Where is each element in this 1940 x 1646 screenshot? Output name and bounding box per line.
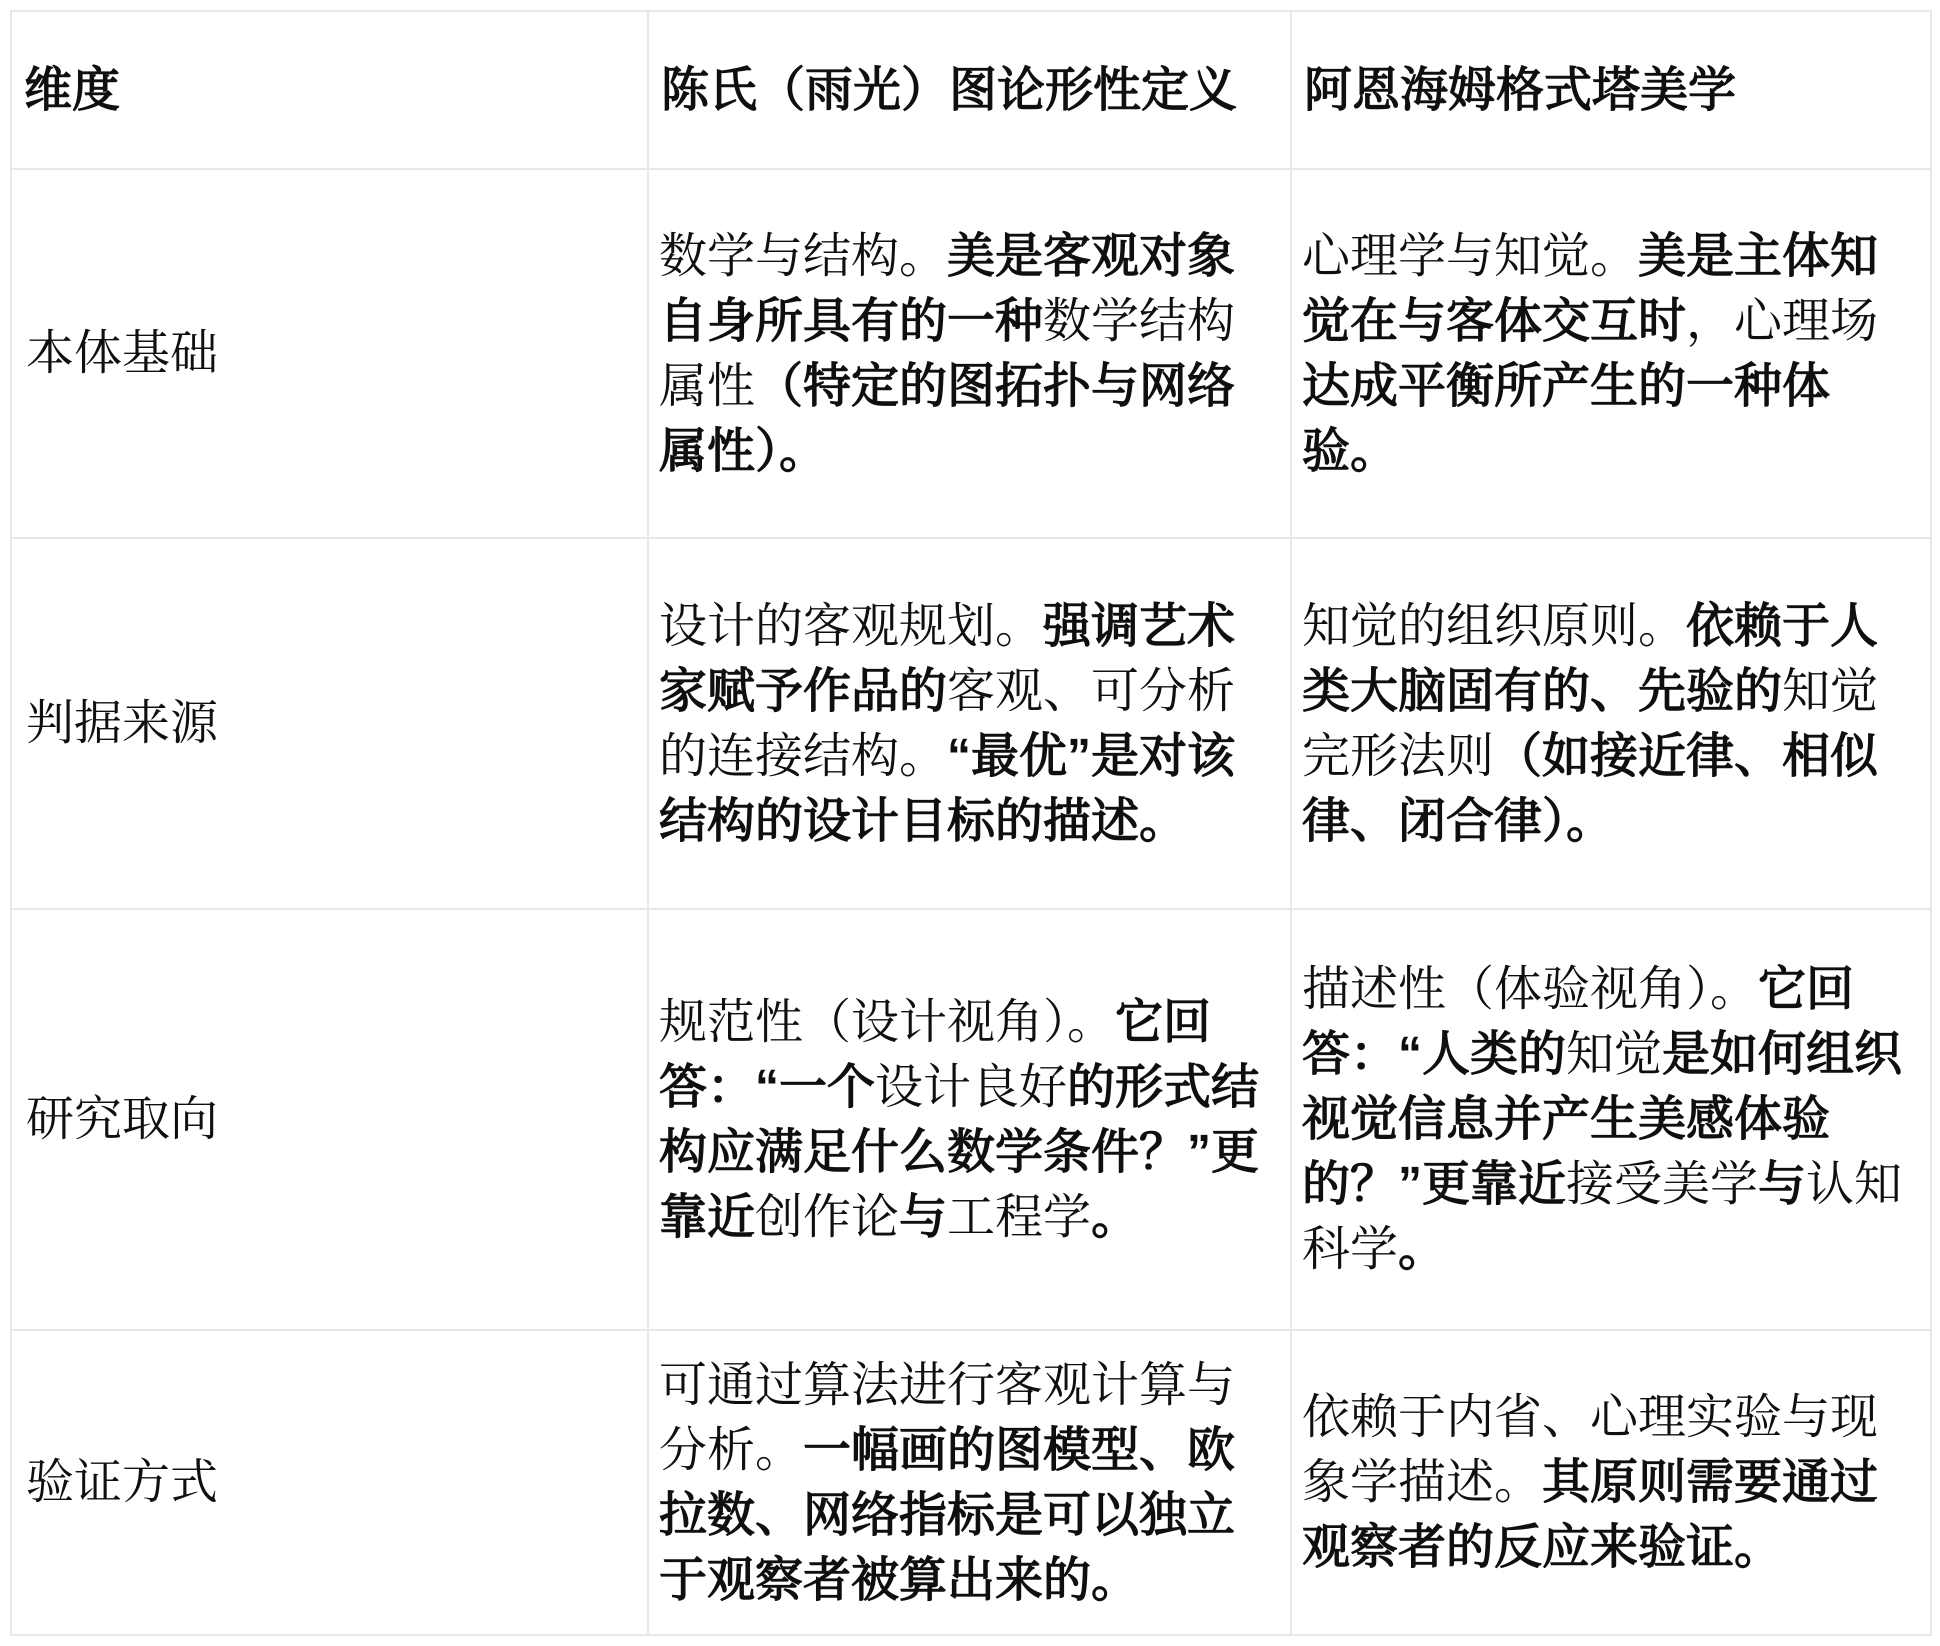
text-segment: 与 [899,1191,947,1244]
cell-arnheim-aesthetics: 心理学与知觉。美是主体知觉在与客体交互时，心理场达成平衡所产生的一种体验。 [1291,169,1931,538]
header-row: 维度 陈氏（雨光）图论形性定义 阿恩海姆格式塔美学 [11,11,1931,169]
row-label: 判据来源 [11,538,648,909]
cell-arnheim-aesthetics: 描述性（体验视角）。它回答：“人类的知觉是如何组织视觉信息并产生美感体验的？”更… [1291,909,1931,1330]
cell-chen-definition: 规范性（设计视角）。它回答：“一个设计良好的形式结构应满足什么数学条件？”更靠近… [648,909,1291,1330]
cell-arnheim-aesthetics: 依赖于内省、心理实验与现象学描述。其原则需要通过观察者的反应来验证。 [1291,1330,1931,1635]
text-segment: 设计的客观规划。 [659,600,1043,653]
text-segment: 创作论 [755,1191,899,1244]
row-label: 本体基础 [11,169,648,538]
comparison-table: 维度 陈氏（雨光）图论形性定义 阿恩海姆格式塔美学 本体基础数学与结构。美是客观… [10,10,1932,1636]
page: 维度 陈氏（雨光）图论形性定义 阿恩海姆格式塔美学 本体基础数学与结构。美是客观… [0,0,1940,1646]
text-segment: 规范性（设计视角）。 [659,996,1115,1049]
text-segment: 数学与结构。 [659,230,947,283]
text-segment: 心理学与知觉。 [1302,230,1638,283]
row-label: 验证方式 [11,1330,648,1635]
table-row: 研究取向规范性（设计视角）。它回答：“一个设计良好的形式结构应满足什么数学条件？… [11,909,1931,1330]
text-segment: 知觉的组织原则。 [1302,600,1686,653]
text-segment: 。 [1398,1223,1446,1276]
header-cell-chen-definition: 陈氏（雨光）图论形性定义 [648,11,1291,169]
text-segment: 工程学 [947,1191,1091,1244]
header-cell-dimension: 维度 [11,11,648,169]
text-segment: ，心理场 [1686,295,1878,348]
table-header: 维度 陈氏（雨光）图论形性定义 阿恩海姆格式塔美学 [11,11,1931,169]
text-segment: 接受美学 [1566,1158,1758,1211]
text-segment: 知觉 [1566,1028,1662,1081]
row-label: 研究取向 [11,909,648,1330]
cell-arnheim-aesthetics: 知觉的组织原则。依赖于人类大脑固有的、先验的知觉完形法则（如接近律、相似律、闭合… [1291,538,1931,909]
text-segment: 描述性（体验视角）。 [1302,963,1758,1016]
cell-chen-definition: 数学与结构。美是客观对象自身所具有的一种数学结构属性（特定的图拓扑与网络属性）。 [648,169,1291,538]
table-row: 本体基础数学与结构。美是客观对象自身所具有的一种数学结构属性（特定的图拓扑与网络… [11,169,1931,538]
table-row: 判据来源设计的客观规划。强调艺术家赋予作品的客观、可分析的连接结构。“最优”是对… [11,538,1931,909]
table-body: 本体基础数学与结构。美是客观对象自身所具有的一种数学结构属性（特定的图拓扑与网络… [11,169,1931,1635]
table-row: 验证方式可通过算法进行客观计算与分析。一幅画的图模型、欧拉数、网络指标是可以独立… [11,1330,1931,1635]
text-segment: 与 [1758,1158,1806,1211]
text-segment: 设计良好 [875,1061,1067,1114]
cell-chen-definition: 可通过算法进行客观计算与分析。一幅画的图模型、欧拉数、网络指标是可以独立于观察者… [648,1330,1291,1635]
text-segment: 达成平衡所产生的一种体验。 [1302,360,1830,478]
text-segment: 。 [1091,1191,1139,1244]
header-cell-arnheim-aesthetics: 阿恩海姆格式塔美学 [1291,11,1931,169]
cell-chen-definition: 设计的客观规划。强调艺术家赋予作品的客观、可分析的连接结构。“最优”是对该结构的… [648,538,1291,909]
